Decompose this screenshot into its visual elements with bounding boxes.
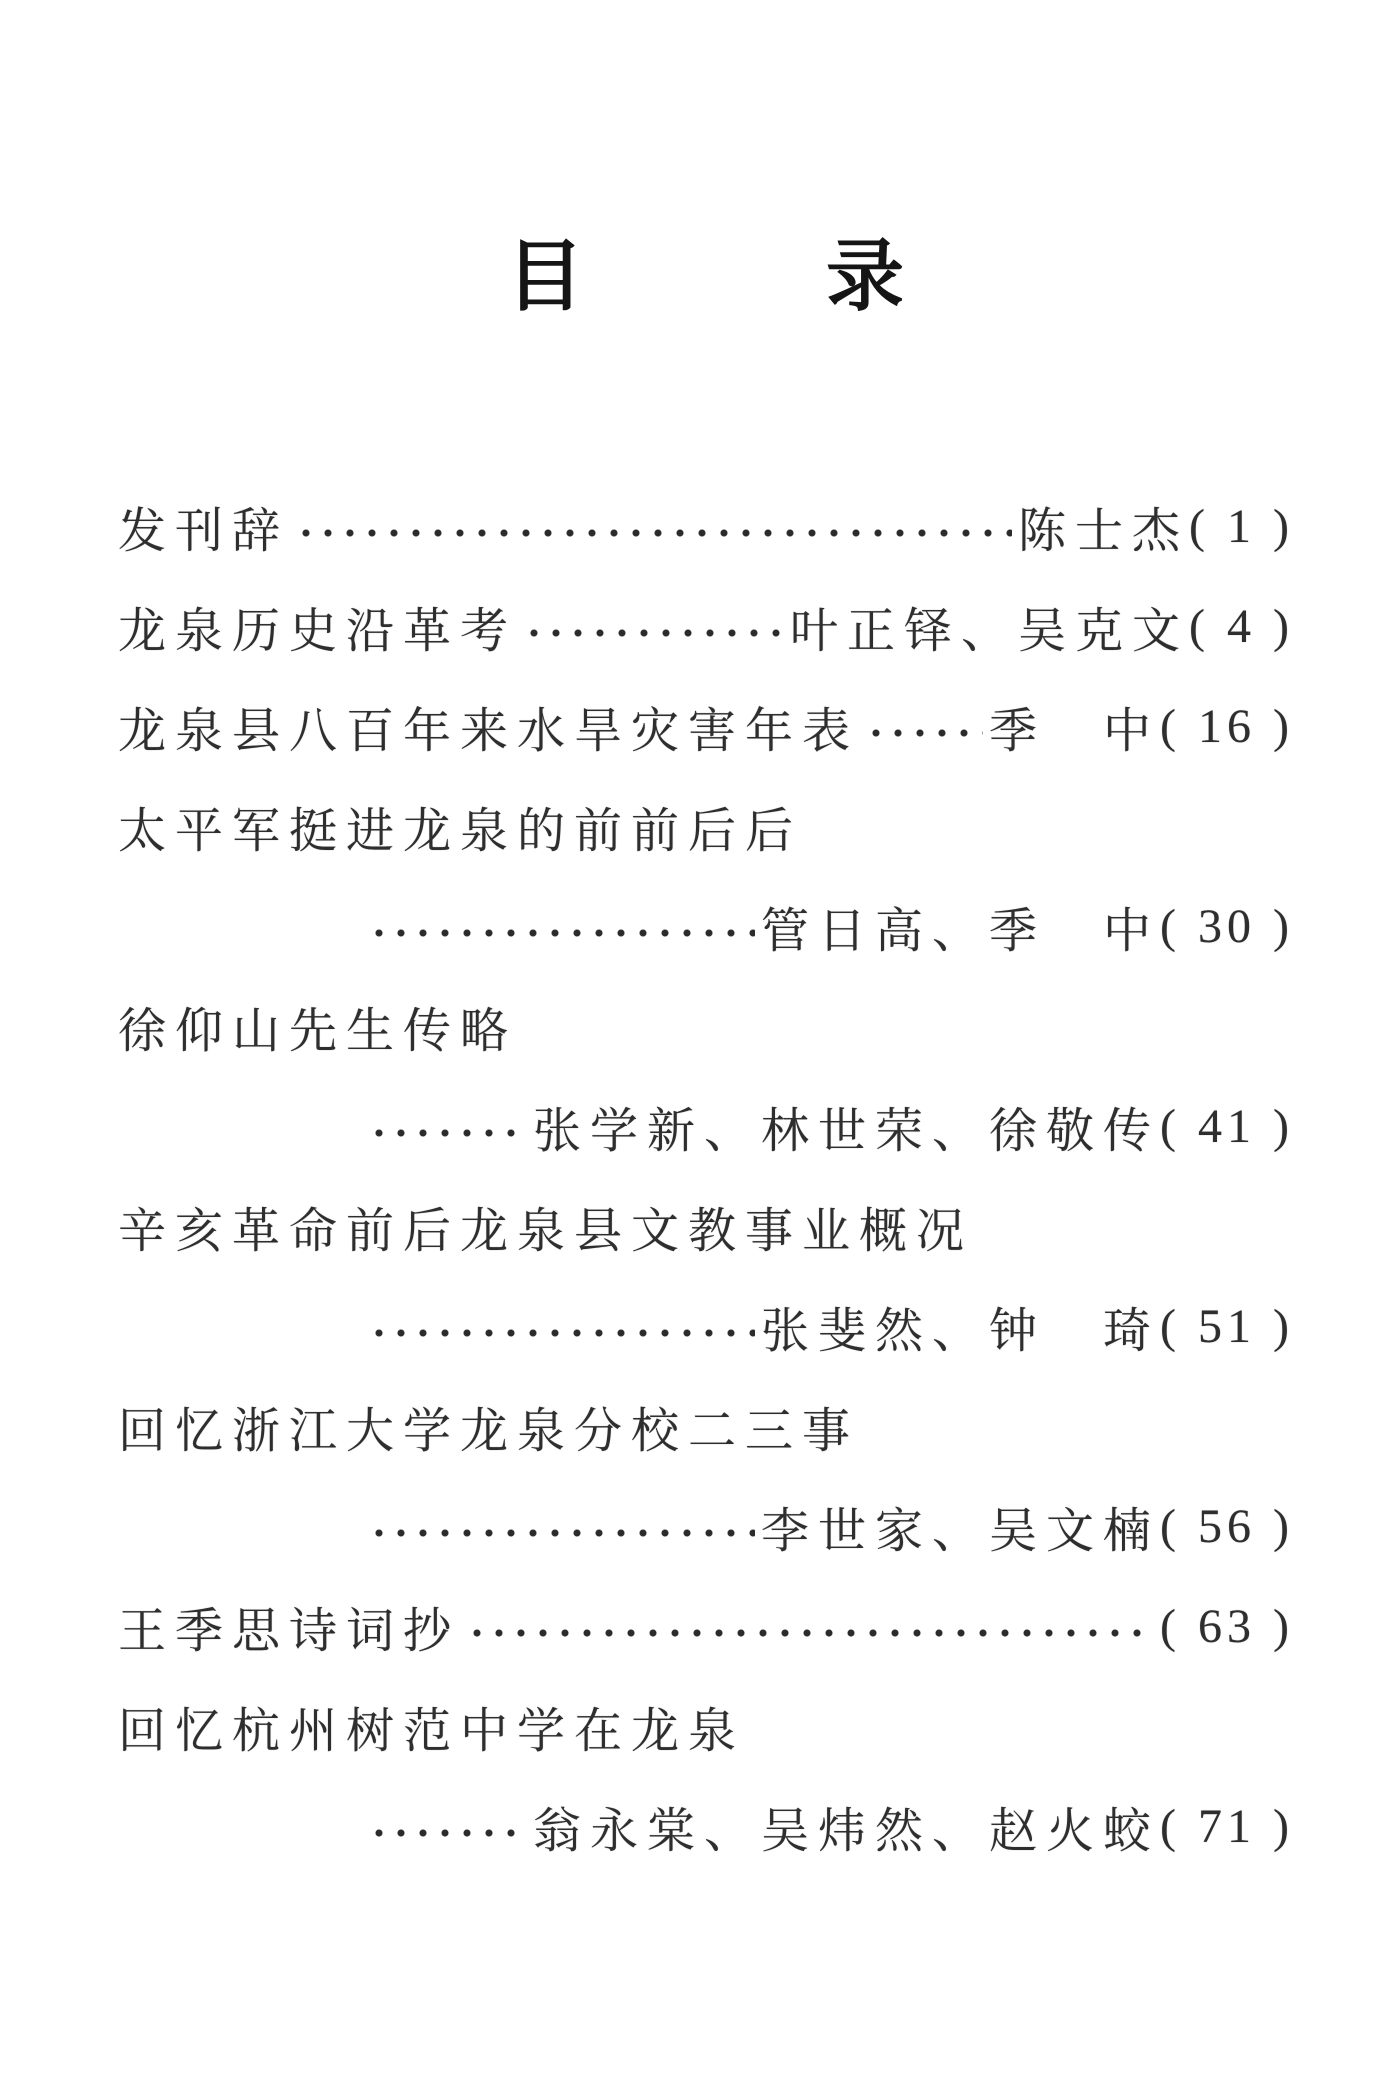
scanned-toc-page: 目 录 发刊辞陈士杰( 1 )龙泉历史沿革考叶正铎、吴克文( 4 )龙泉县八百年… (0, 0, 1382, 2090)
toc-entry-title: 龙泉历史沿革考 (118, 592, 517, 661)
toc-row: 翁永棠、吴炜然、赵火蛟( 71 ) (118, 1776, 1294, 1876)
toc-row: 李世家、吴文楠( 56 ) (118, 1476, 1294, 1576)
toc-entry-title: 王季思诗词抄 (118, 1592, 460, 1661)
toc-entry-title: 太平军挺进龙泉的前前后后 (118, 792, 802, 861)
leader-dots (865, 683, 983, 783)
toc-entry-title: 回忆杭州树范中学在龙泉 (118, 1692, 745, 1761)
toc-entry-page: ( 71 ) (1160, 1799, 1294, 1854)
toc-entry-page: ( 51 ) (1160, 1299, 1294, 1354)
toc-row: 王季思诗词抄( 63 ) (118, 1576, 1294, 1676)
leader-dots (368, 1283, 755, 1383)
leader-dots (523, 583, 784, 683)
toc-row: 回忆杭州树范中学在龙泉 (118, 1676, 1294, 1776)
toc-entry-page: ( 16 ) (1160, 699, 1294, 754)
toc-entry-authors: 张学新、林世荣、徐敬传 (533, 1092, 1160, 1161)
toc-entry-page: ( 56 ) (1160, 1499, 1294, 1554)
toc-row: 龙泉县八百年来水旱灾害年表季 中( 16 ) (118, 676, 1294, 776)
leader-dots (295, 483, 1012, 583)
toc-entry-page: ( 30 ) (1160, 899, 1294, 954)
toc-entry-page: ( 4 ) (1189, 599, 1294, 654)
toc-row: 龙泉历史沿革考叶正铎、吴克文( 4 ) (118, 576, 1294, 676)
toc-entry-authors: 李世家、吴文楠 (761, 1492, 1160, 1561)
toc-row: 辛亥革命前后龙泉县文教事业概况 (118, 1176, 1294, 1276)
toc-row: 管日高、季 中( 30 ) (118, 876, 1294, 976)
leader-dots (368, 1083, 527, 1183)
toc-entry-authors: 陈士杰 (1018, 492, 1189, 561)
toc-entry-page: ( 41 ) (1160, 1099, 1294, 1154)
toc-entry-authors: 管日高、季 中 (761, 892, 1160, 961)
toc-entry-title: 发刊辞 (118, 492, 289, 561)
toc-entry-authors: 张斐然、钟 琦 (761, 1292, 1160, 1361)
leader-dots (368, 1783, 527, 1883)
toc-entry-title: 回忆浙江大学龙泉分校二三事 (118, 1392, 859, 1461)
page-title: 目 录 (118, 238, 1294, 316)
toc-row: 张斐然、钟 琦( 51 ) (118, 1276, 1294, 1376)
toc-row: 张学新、林世荣、徐敬传( 41 ) (118, 1076, 1294, 1176)
toc-row: 太平军挺进龙泉的前前后后 (118, 776, 1294, 876)
toc-entry-authors: 翁永棠、吴炜然、赵火蛟 (533, 1792, 1160, 1861)
toc-entry-page: ( 1 ) (1189, 499, 1294, 554)
toc-entry-page: ( 63 ) (1160, 1599, 1294, 1654)
toc-entry-authors: 叶正铎、吴克文 (790, 592, 1189, 661)
toc-list: 发刊辞陈士杰( 1 )龙泉历史沿革考叶正铎、吴克文( 4 )龙泉县八百年来水旱灾… (118, 476, 1294, 1876)
leader-dots (466, 1583, 1154, 1683)
toc-entry-title: 辛亥革命前后龙泉县文教事业概况 (118, 1192, 973, 1261)
toc-entry-authors: 季 中 (989, 692, 1160, 761)
toc-entry-title: 龙泉县八百年来水旱灾害年表 (118, 692, 859, 761)
toc-row: 发刊辞陈士杰( 1 ) (118, 476, 1294, 576)
toc-row: 回忆浙江大学龙泉分校二三事 (118, 1376, 1294, 1476)
toc-entry-title: 徐仰山先生传略 (118, 992, 517, 1061)
toc-row: 徐仰山先生传略 (118, 976, 1294, 1076)
leader-dots (368, 1483, 755, 1583)
leader-dots (368, 883, 755, 983)
